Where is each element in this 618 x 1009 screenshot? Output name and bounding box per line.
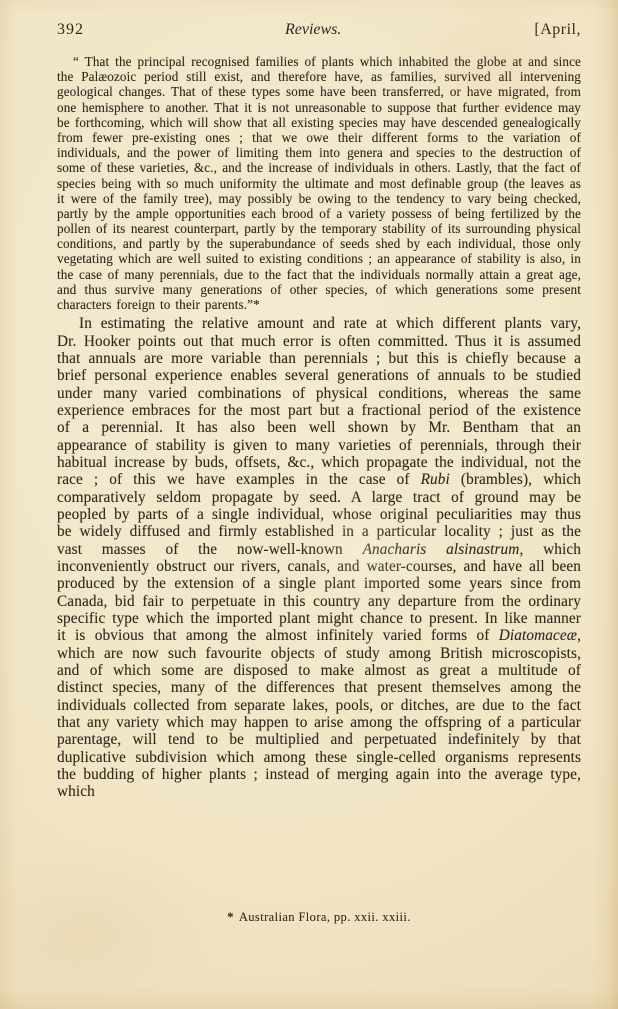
running-head: 392 Reviews. [April, xyxy=(57,20,581,40)
running-title: Reviews. xyxy=(285,20,341,40)
issue-date-label: [April, xyxy=(534,20,581,40)
text-block: 392 Reviews. [April, “ That the principa… xyxy=(57,20,581,801)
footnote-text: Australian Flora, pp. xxii. xxiii. xyxy=(239,910,411,924)
scanned-book-page: 392 Reviews. [April, “ That the principa… xyxy=(0,0,618,1009)
page-number: 392 xyxy=(57,20,84,40)
footnote-marker: * xyxy=(227,910,234,924)
body-paragraph: In estimating the relative amount and ra… xyxy=(57,315,581,801)
quoted-passage: “ That the principal recognised families… xyxy=(57,54,581,312)
footnote: *Australian Flora, pp. xxii. xxiii. xyxy=(57,910,581,925)
